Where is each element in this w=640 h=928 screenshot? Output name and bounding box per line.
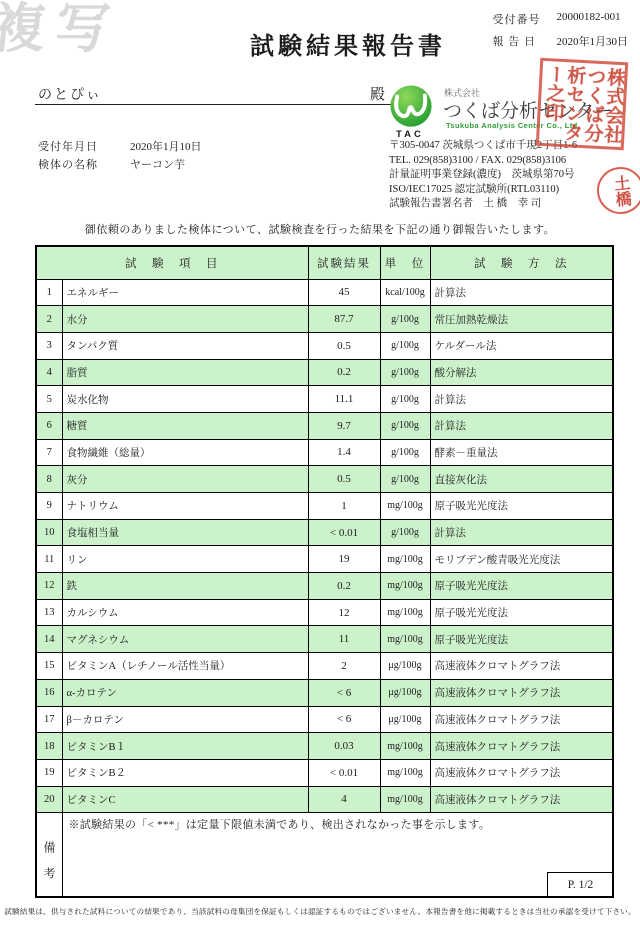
receipt-no-label: 受付番号 [493,11,541,27]
unit-cell: kcal/100g [380,279,430,306]
test-item-cell: 鉄 [62,573,308,600]
test-item-cell: ビタミンB１ [62,733,308,760]
test-result-cell: 0.2 [308,573,380,600]
test-result-cell: 4 [308,786,380,813]
report-date-label: 報 告 日 [493,33,541,49]
test-method-cell: 常圧加熱乾燥法 [430,306,613,333]
table-row: 17 β－カロテン < 6 μg/100g 高速液体クロマトグラフ法 [36,706,613,733]
table-row: 14 マグネシウム 11 mg/100g 原子吸光光度法 [36,626,613,653]
remarks-cell: ※試験結果の「< ***」は定量下限値未満であり、検出されなかった事を示します。… [62,813,613,898]
unit-cell: μg/100g [380,653,430,680]
test-method-cell: モリブデン酸青吸光光度法 [430,546,613,573]
unit-cell: mg/100g [380,786,430,813]
test-method-cell: 酵素－重量法 [430,439,613,466]
sample-meta: 受付年月日 2020年1月10日 検体の名称 ヤーコン芋 [38,138,202,174]
remarks-label-cell: 備考 [36,813,62,898]
row-number-cell: 4 [36,359,62,386]
table-row: 15 ビタミンA（レチノール活性当量） 2 μg/100g 高速液体クロマトグラ… [36,653,613,680]
table-row: 11 リン 19 mg/100g モリブデン酸青吸光光度法 [36,546,613,573]
test-item-cell: タンパク質 [62,332,308,359]
company-address-block: 〒305-0047 茨城県つくば市千現2丁目1-6 TEL. 029(858)3… [389,139,577,212]
row-number-cell: 18 [36,733,62,760]
table-row: 16 α-カロテン < 6 μg/100g 高速液体クロマトグラフ法 [36,679,613,706]
signer-label: 試験報告書署名者 [389,198,473,209]
test-item-cell: α-カロテン [62,679,308,706]
unit-cell: mg/100g [380,733,430,760]
row-number-cell: 15 [36,653,62,680]
test-method-cell: 原子吸光光度法 [430,573,613,600]
table-row: 10 食塩相当量 < 0.01 g/100g 計算法 [36,519,613,546]
test-result-cell: 45 [308,279,380,306]
unit-cell: mg/100g [380,626,430,653]
table-row: 4 脂質 0.2 g/100g 酸分解法 [36,359,613,386]
test-result-cell: 0.5 [308,332,380,359]
test-item-cell: ビタミンB２ [62,759,308,786]
recipient-name: のとぴぃ [38,84,102,104]
unit-cell: mg/100g [380,573,430,600]
unit-cell: g/100g [380,332,430,359]
test-method-cell: 酸分解法 [430,359,613,386]
unit-cell: mg/100g [380,759,430,786]
unit-cell: μg/100g [380,706,430,733]
company-seal-stamp: 株式会社つくば分析センター之印 [536,58,628,150]
row-number-cell: 13 [36,599,62,626]
row-number-cell: 7 [36,439,62,466]
table-row: 19 ビタミンB２ < 0.01 mg/100g 高速液体クロマトグラフ法 [36,759,613,786]
table-row: 1 エネルギー 45 kcal/100g 計算法 [36,279,613,306]
test-item-cell: リン [62,546,308,573]
unit-cell: g/100g [380,386,430,413]
unit-cell: g/100g [380,519,430,546]
test-method-cell: 原子吸光光度法 [430,599,613,626]
table-row: 7 食物繊維（総量） 1.4 g/100g 酵素－重量法 [36,439,613,466]
test-result-cell: 0.2 [308,359,380,386]
test-method-cell: 計算法 [430,412,613,439]
results-table-header: 試 験 項 目 試験結果 単 位 試 験 方 法 [36,246,613,279]
header-unit: 単 位 [380,246,430,279]
sample-name-value: ヤーコン芋 [130,156,185,174]
table-row: 9 ナトリウム 1 mg/100g 原子吸光光度法 [36,493,613,520]
test-result-cell: 9.7 [308,412,380,439]
test-result-cell: 11.1 [308,386,380,413]
remarks-section: 備考 ※試験結果の「< ***」は定量下限値未満であり、検出されなかった事を示し… [36,813,613,898]
table-row: 2 水分 87.7 g/100g 常圧加熱乾燥法 [36,306,613,333]
table-row: 5 炭水化物 11.1 g/100g 計算法 [36,386,613,413]
accepted-date-label: 受付年月日 [38,138,130,156]
test-item-cell: ナトリウム [62,493,308,520]
test-result-cell: 87.7 [308,306,380,333]
company-iso: ISO/IEC17025 認定試験所(RTL03110) [389,183,577,198]
row-number-cell: 11 [36,546,62,573]
unit-cell: g/100g [380,306,430,333]
test-item-cell: β－カロテン [62,706,308,733]
remarks-label: 備考 [41,841,58,893]
test-result-cell: 2 [308,653,380,680]
page-number: P. 1/2 [568,879,594,891]
row-number-cell: 14 [36,626,62,653]
report-date-value: 2020年1月30日 [557,33,629,49]
sample-name-label: 検体の名称 [38,156,130,174]
signer-seal-stamp: 土橋 [595,165,640,216]
test-method-cell: 計算法 [430,519,613,546]
test-item-cell: 水分 [62,306,308,333]
row-number-cell: 9 [36,493,62,520]
test-result-cell: < 0.01 [308,759,380,786]
row-number-cell: 3 [36,332,62,359]
test-method-cell: 高速液体クロマトグラフ法 [430,706,613,733]
table-row: 12 鉄 0.2 mg/100g 原子吸光光度法 [36,573,613,600]
table-row: 20 ビタミンC 4 mg/100g 高速液体クロマトグラフ法 [36,786,613,813]
unit-cell: g/100g [380,466,430,493]
test-result-cell: 12 [308,599,380,626]
test-item-cell: ビタミンC [62,786,308,813]
test-result-cell: 0.03 [308,733,380,760]
test-item-cell: 食物繊維（総量） [62,439,308,466]
header-item: 試 験 項 目 [36,246,308,279]
test-item-cell: 糖質 [62,412,308,439]
unit-cell: mg/100g [380,493,430,520]
header-result: 試験結果 [308,246,380,279]
test-item-cell: ビタミンA（レチノール活性当量） [62,653,308,680]
test-result-cell: < 0.01 [308,519,380,546]
test-method-cell: 高速液体クロマトグラフ法 [430,679,613,706]
row-number-cell: 19 [36,759,62,786]
accepted-date-value: 2020年1月10日 [130,138,202,156]
test-method-cell: 計算法 [430,279,613,306]
signer-seal-text: 土橋 [610,174,631,207]
test-item-cell: 脂質 [62,359,308,386]
unit-cell: μg/100g [380,679,430,706]
row-number-cell: 6 [36,412,62,439]
test-item-cell: 炭水化物 [62,386,308,413]
test-item-cell: マグネシウム [62,626,308,653]
receipt-no-value: 20000182-001 [557,11,629,27]
test-method-cell: 高速液体クロマトグラフ法 [430,653,613,680]
test-item-cell: 食塩相当量 [62,519,308,546]
row-number-cell: 20 [36,786,62,813]
test-method-cell: 直接灰化法 [430,466,613,493]
unit-cell: g/100g [380,412,430,439]
test-result-cell: 19 [308,546,380,573]
test-method-cell: ケルダール法 [430,332,613,359]
row-number-cell: 10 [36,519,62,546]
row-number-cell: 8 [36,466,62,493]
table-row: 18 ビタミンB１ 0.03 mg/100g 高速液体クロマトグラフ法 [36,733,613,760]
intro-sentence: 御依頼のありました検体について、試験検査を行った結果を下記の通り御報告いたします… [0,221,640,237]
row-number-cell: 2 [36,306,62,333]
signer-name: 土 橋 幸 司 [484,198,542,209]
recipient-honorific: 殿 [370,83,386,104]
test-result-cell: 0.5 [308,466,380,493]
unit-cell: g/100g [380,359,430,386]
table-row: 3 タンパク質 0.5 g/100g ケルダール法 [36,332,613,359]
test-item-cell: エネルギー [62,279,308,306]
detection-limit-note: ※試験結果の「< ***」は定量下限値未満であり、検出されなかった事を示します。 [69,816,607,832]
test-result-cell: < 6 [308,679,380,706]
test-result-cell: 11 [308,626,380,653]
test-method-cell: 原子吸光光度法 [430,493,613,520]
row-number-cell: 16 [36,679,62,706]
report-signer-line: 試験報告書署名者 土 橋 幸 司 [389,197,577,212]
results-tbody: 1 エネルギー 45 kcal/100g 計算法 2 水分 87.7 g/100… [36,279,613,813]
unit-cell: mg/100g [380,546,430,573]
header-method: 試 験 方 法 [430,246,613,279]
test-result-cell: < 6 [308,706,380,733]
row-number-cell: 5 [36,386,62,413]
test-method-cell: 原子吸光光度法 [430,626,613,653]
test-method-cell: 高速液体クロマトグラフ法 [430,733,613,760]
unit-cell: mg/100g [380,599,430,626]
table-row: 6 糖質 9.7 g/100g 計算法 [36,412,613,439]
test-method-cell: 高速液体クロマトグラフ法 [430,759,613,786]
company-registration: 計量証明事業登録(濃度) 茨城県第70号 [389,168,577,183]
test-method-cell: 計算法 [430,386,613,413]
company-seal-text: 株式会社つくば分析センター之印 [541,64,625,146]
footer-disclaimer: 試験結果は、供与された試料についての結果であり、当該試料の母集団を保証もしくは認… [0,906,640,917]
row-number-cell: 17 [36,706,62,733]
test-method-cell: 高速液体クロマトグラフ法 [430,786,613,813]
unit-cell: g/100g [380,439,430,466]
test-item-cell: 灰分 [62,466,308,493]
tac-logo-icon [388,84,434,130]
table-row: 13 カルシウム 12 mg/100g 原子吸光光度法 [36,599,613,626]
table-row: 8 灰分 0.5 g/100g 直接灰化法 [36,466,613,493]
test-item-cell: カルシウム [62,599,308,626]
receipt-info: 受付番号 20000182-001 報 告 日 2020年1月30日 [493,11,629,49]
test-result-cell: 1.4 [308,439,380,466]
page-number-box: P. 1/2 [547,872,613,897]
test-result-cell: 1 [308,493,380,520]
results-table: 試 験 項 目 試験結果 単 位 試 験 方 法 1 エネルギー 45 kcal… [35,245,614,898]
row-number-cell: 1 [36,279,62,306]
row-number-cell: 12 [36,573,62,600]
company-tel-fax: TEL. 029(858)3100 / FAX. 029(858)3106 [389,154,577,169]
